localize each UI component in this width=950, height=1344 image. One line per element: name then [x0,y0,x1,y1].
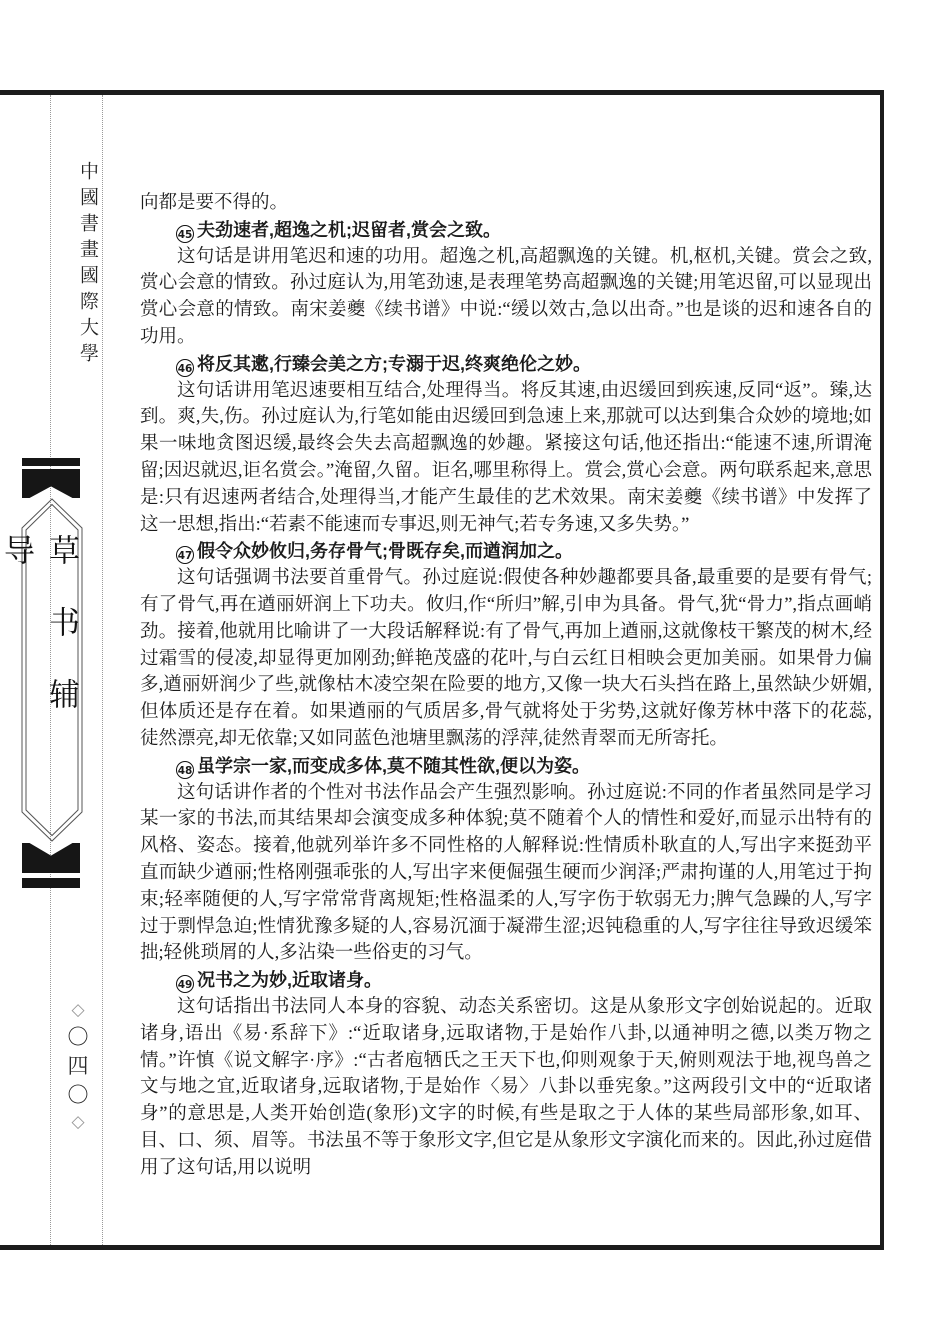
circled-number: 49 [176,975,194,993]
page-number-digit: 〇 [68,1025,89,1049]
circled-number: 45 [176,225,194,243]
banner-book-title: 草书辅导 [20,534,84,804]
body-paragraph: 这句话指出书法同人本身的容貌、动态关系密切。这是从象形文字创始说起的。近取诸身,… [140,994,872,1182]
book-page: 中國書畫國際大學 草书辅导 ◇ 〇 四 〇 ◇ 向都是要不得的。45夫劲速者,超… [0,0,950,1344]
body-paragraph: 这句话讲用笔迟速要相互结合,处理得当。将反其速,由迟缓回到疾速,反同“返”。臻,… [140,378,872,539]
book-title-banner: 草书辅导 [20,456,83,890]
section-heading: 49况书之为妙,近取诸身。 [140,967,872,994]
heading-text: 况书之为妙,近取诸身。 [197,970,382,990]
banner-top-bar [22,458,80,466]
circled-number: 48 [176,761,194,779]
dotted-column-rule-right [102,95,103,1245]
banner-bottom-ribbon [22,843,80,873]
body-paragraph: 这句话是讲用笔迟和速的功用。超逸之机,高超飘逸的关键。机,枢机,关键。赏会之致,… [140,244,872,351]
heading-text: 虽学宗一家,而变成多体,莫不随其性欲,便以为姿。 [197,756,590,776]
paragraph-text: 这句话讲用笔迟速要相互结合,处理得当。将反其速,由迟缓回到疾速,反同“返”。臻,… [140,381,872,535]
frame-right-rule [880,90,884,1250]
frame-bottom-rule [0,1245,884,1250]
page-number-ornament-top: ◇ [71,1000,84,1020]
section-heading: 46将反其遬,行臻会美之方;专溺于迟,终爽绝伦之妙。 [140,351,872,378]
heading-text: 假令众妙攸归,务存骨气;骨既存矣,而遒润加之。 [197,541,573,561]
body-paragraph: 这句话讲作者的个性对书法作品会产生强烈影响。孙过庭说:不同的作者虽然同是学习某一… [140,780,872,968]
page-number: ◇ 〇 四 〇 ◇ [55,1000,101,1132]
sidebar-university-title: 中國書畫國際大學 [55,150,101,380]
paragraph-text: 这句话讲作者的个性对书法作品会产生强烈影响。孙过庭说:不同的作者虽然同是学习某一… [140,783,872,964]
paragraph-text: 这句话是讲用笔迟和速的功用。超逸之机,高超飘逸的关键。机,枢机,关键。赏会之致,… [140,247,872,347]
page-number-digit: 〇 [68,1083,89,1107]
paragraph-text: 这句话指出书法同人本身的容貌、动态关系密切。这是从象形文字创始说起的。近取诸身,… [140,997,872,1178]
paragraph-text: 向都是要不得的。 [140,193,288,213]
body-paragraph: 向都是要不得的。 [140,190,872,217]
paragraph-text: 这句话强调书法要首重骨气。孙过庭说:假使各种妙趣都要具备,最重要的是要有骨气;有… [140,568,872,749]
page-number-ornament-bottom: ◇ [71,1112,84,1132]
banner-top-ribbon [22,469,80,498]
heading-text: 夫劲速者,超逸之机;迟留者,赏会之致。 [197,220,501,240]
circled-number: 46 [176,359,194,377]
circled-number: 47 [176,546,194,564]
banner-bottom-bar [22,878,80,888]
frame-top-rule [0,90,884,95]
heading-text: 将反其遬,行臻会美之方;专溺于迟,终爽绝伦之妙。 [197,354,591,374]
section-heading: 48虽学宗一家,而变成多体,莫不随其性欲,便以为姿。 [140,753,872,780]
page-number-digit: 四 [68,1054,89,1078]
body-text: 向都是要不得的。45夫劲速者,超逸之机;迟留者,赏会之致。这句话是讲用笔迟和速的… [140,190,872,1181]
body-paragraph: 这句话强调书法要首重骨气。孙过庭说:假使各种妙趣都要具备,最重要的是要有骨气;有… [140,565,872,753]
section-heading: 45夫劲速者,超逸之机;迟留者,赏会之致。 [140,217,872,244]
section-heading: 47假令众妙攸归,务存骨气;骨既存矣,而遒润加之。 [140,538,872,565]
